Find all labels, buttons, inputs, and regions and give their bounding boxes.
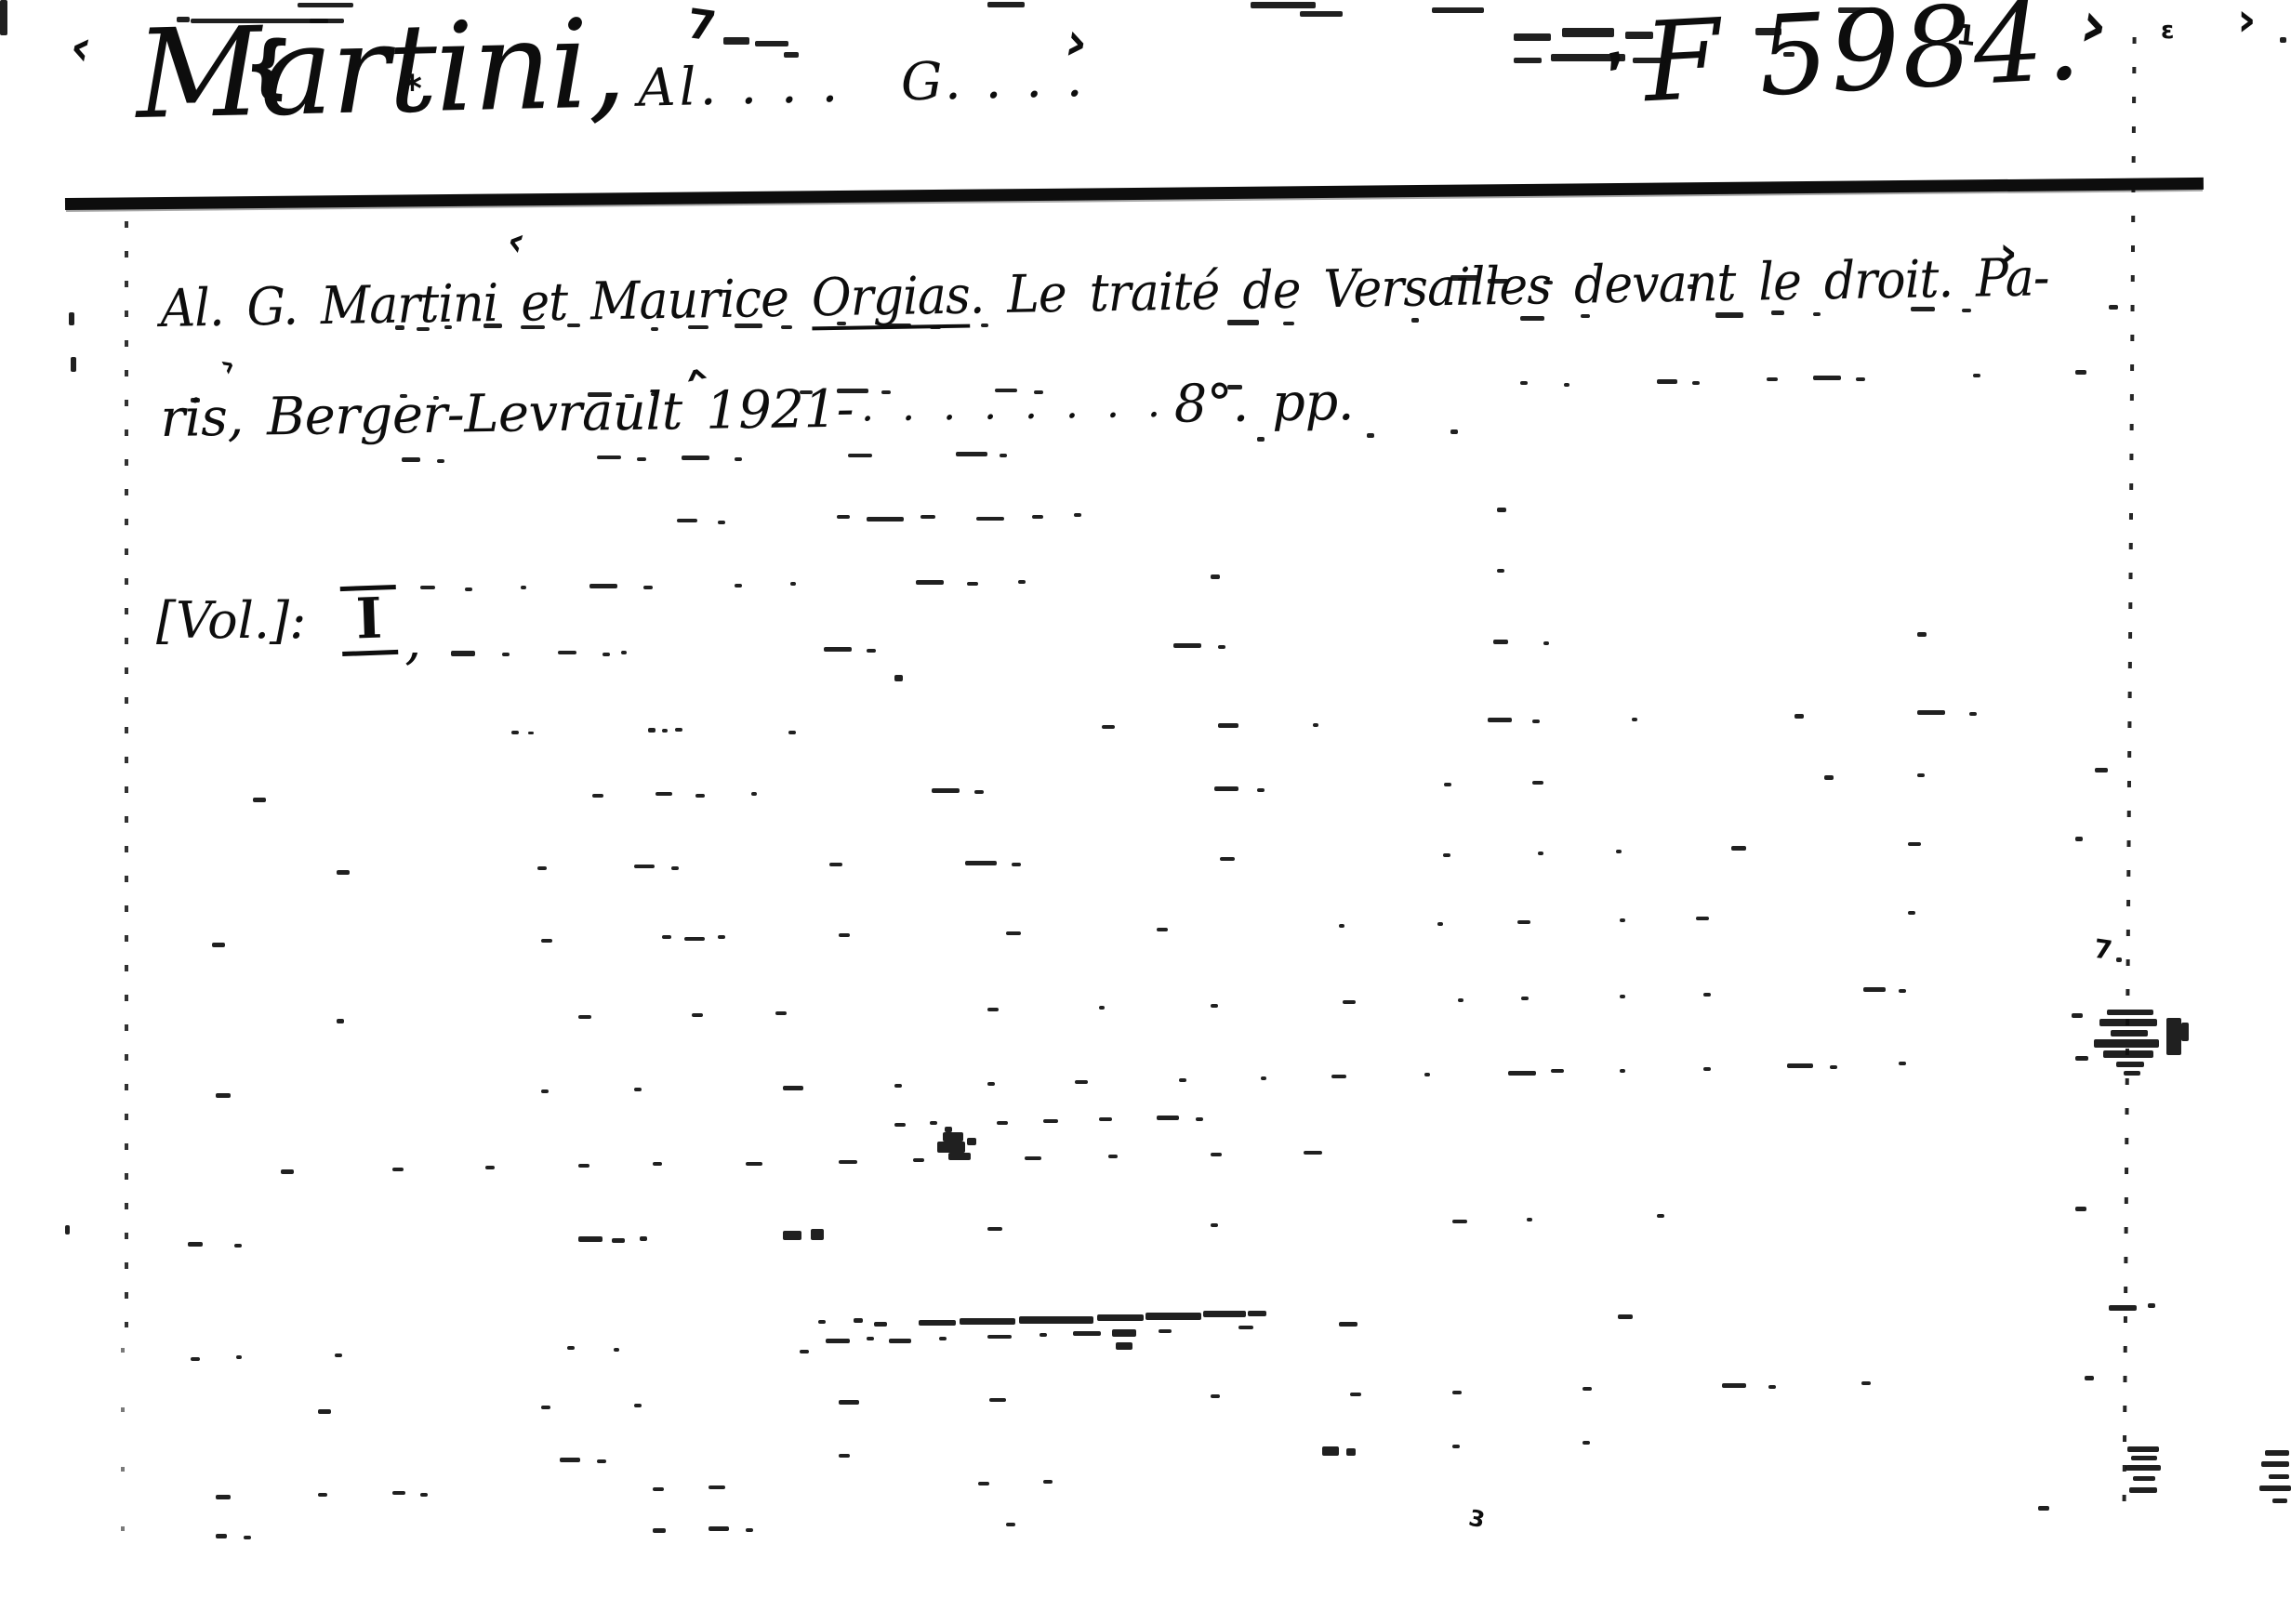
noise-speck bbox=[1437, 922, 1443, 926]
noise-speck bbox=[1346, 1448, 1356, 1456]
noise-speck bbox=[930, 1121, 937, 1125]
noise-speck bbox=[987, 1335, 1012, 1339]
noise-speck bbox=[1538, 852, 1543, 855]
noise-speck bbox=[2166, 1018, 2181, 1055]
entry-format-pages: 8°. pp. bbox=[1173, 372, 1354, 435]
noise-speck bbox=[1813, 312, 1821, 316]
noise-speck bbox=[1073, 1331, 1101, 1336]
noise-speck bbox=[989, 1398, 1006, 1402]
noise-speck bbox=[65, 1225, 70, 1235]
noise-speck bbox=[558, 651, 576, 654]
noise-speck bbox=[2075, 837, 2083, 841]
noise-speck bbox=[981, 323, 988, 327]
noise-speck bbox=[1012, 863, 1021, 866]
noise-speck bbox=[648, 728, 656, 733]
noise-speck bbox=[746, 1528, 753, 1532]
noise-speck bbox=[1908, 842, 1921, 846]
noise-speck bbox=[281, 1169, 294, 1174]
noise-speck bbox=[1108, 1155, 1118, 1158]
noise-speck bbox=[191, 398, 200, 403]
noise-speck bbox=[1211, 1004, 1218, 1008]
noise-speck bbox=[643, 586, 653, 589]
noise-speck bbox=[2111, 1030, 2148, 1036]
noise-speck bbox=[1908, 911, 1915, 915]
noise-speck bbox=[997, 1121, 1008, 1125]
noise-speck bbox=[395, 325, 404, 330]
noise-speck bbox=[1450, 429, 1458, 434]
noise-speck bbox=[2099, 1019, 2157, 1026]
noise-speck bbox=[485, 1166, 495, 1169]
noise-speck bbox=[578, 1236, 603, 1242]
noise-speck bbox=[651, 392, 658, 396]
noise-speck bbox=[1703, 1067, 1711, 1071]
noise-speck bbox=[1304, 1151, 1322, 1155]
noise-speck bbox=[688, 325, 708, 329]
noise-speck bbox=[1211, 1223, 1218, 1227]
noise-speck bbox=[837, 515, 850, 519]
noise-speck bbox=[1583, 1387, 1592, 1391]
noise-speck bbox=[976, 517, 1004, 521]
noise-speck bbox=[867, 517, 904, 522]
noise-speck bbox=[1218, 723, 1238, 728]
noise-speck bbox=[1261, 1076, 1266, 1080]
noise-speck bbox=[1432, 7, 1484, 13]
noise-speck bbox=[1102, 725, 1115, 729]
noise-speck bbox=[1543, 281, 1553, 284]
volume-comma: , bbox=[404, 611, 421, 671]
noise-speck bbox=[2265, 1450, 2289, 1456]
noise-speck bbox=[965, 861, 997, 865]
comma-tick-mark: ‚ bbox=[1596, 15, 1628, 73]
noise-speck bbox=[1543, 641, 1549, 645]
noise-speck bbox=[2133, 1476, 2155, 1481]
noise-speck bbox=[1551, 1069, 1564, 1073]
noise-speck bbox=[2085, 1376, 2094, 1380]
noise-speck bbox=[2272, 1499, 2287, 1503]
noise-speck bbox=[1899, 989, 1906, 993]
one-tick-mark: 1 bbox=[1954, 21, 1977, 51]
noise-speck bbox=[1450, 275, 1478, 281]
noise-speck bbox=[465, 588, 472, 591]
noise-speck bbox=[1322, 1446, 1339, 1456]
noise-speck bbox=[723, 37, 749, 45]
noise-speck bbox=[417, 327, 430, 331]
noise-speck bbox=[2095, 768, 2108, 772]
noise-speck bbox=[987, 2, 1025, 7]
noise-speck bbox=[788, 731, 796, 734]
noise-speck bbox=[1532, 781, 1543, 785]
noise-speck bbox=[511, 731, 519, 734]
noise-speck bbox=[1911, 307, 1935, 311]
noise-speck bbox=[837, 322, 846, 325]
noise-speck bbox=[444, 325, 452, 329]
noise-speck bbox=[937, 1142, 965, 1153]
noise-speck bbox=[848, 454, 872, 457]
noise-speck bbox=[651, 327, 658, 331]
noise-speck bbox=[708, 1526, 729, 1531]
seven-tick-mark: 7 bbox=[2092, 936, 2113, 964]
noise-speck bbox=[337, 1019, 344, 1023]
noise-speck bbox=[894, 675, 903, 681]
noise-speck bbox=[883, 323, 911, 327]
noise-speck bbox=[932, 788, 960, 793]
noise-speck bbox=[751, 792, 757, 796]
noise-speck bbox=[588, 392, 612, 397]
noise-speck bbox=[1688, 284, 1695, 289]
noise-speck bbox=[191, 1357, 200, 1361]
noise-speck bbox=[1443, 853, 1450, 857]
noise-speck bbox=[483, 323, 502, 328]
call-number: F 5984. bbox=[1641, 0, 2086, 126]
brace-scribble-mark: { bbox=[241, 30, 295, 101]
noise-speck bbox=[1962, 309, 1971, 312]
noise-speck bbox=[916, 580, 944, 585]
noise-speck bbox=[2280, 37, 2286, 43]
noise-speck bbox=[433, 396, 439, 400]
noise-speck bbox=[1099, 1117, 1112, 1121]
noise-speck bbox=[2072, 1013, 2083, 1018]
noise-speck bbox=[1218, 645, 1225, 649]
noise-speck bbox=[337, 870, 350, 875]
noise-speck bbox=[1458, 998, 1463, 1002]
noise-speck bbox=[1520, 381, 1528, 385]
noise-speck bbox=[1339, 1322, 1357, 1327]
noise-speck bbox=[614, 1348, 619, 1352]
noise-speck bbox=[1863, 987, 1886, 992]
noise-speck bbox=[1006, 1523, 1015, 1526]
noise-speck bbox=[1099, 1006, 1105, 1010]
noise-speck bbox=[1097, 1314, 1144, 1321]
noise-speck bbox=[1794, 714, 1804, 719]
noise-speck bbox=[1527, 1218, 1532, 1221]
noise-speck bbox=[578, 1164, 589, 1168]
library-catalog-card: Martini,Al. . . .G. . . . F 5984. Al. G.… bbox=[0, 0, 2291, 1624]
noise-speck bbox=[1452, 1220, 1467, 1223]
noise-speck bbox=[1203, 1311, 1246, 1317]
noise-speck bbox=[392, 1491, 405, 1495]
noise-speck bbox=[653, 1162, 662, 1166]
noise-speck bbox=[1179, 1078, 1186, 1082]
noise-speck bbox=[881, 390, 891, 394]
noise-speck bbox=[671, 866, 679, 870]
noise-speck bbox=[1824, 775, 1834, 780]
noise-speck bbox=[894, 1084, 902, 1088]
noise-speck bbox=[839, 933, 850, 937]
noise-speck bbox=[2127, 1446, 2159, 1452]
noise-speck bbox=[1696, 917, 1709, 920]
noise-speck bbox=[1532, 720, 1540, 723]
noise-speck bbox=[2181, 1023, 2189, 1041]
noise-speck bbox=[2075, 370, 2086, 375]
noise-speck bbox=[1581, 314, 1590, 318]
arrow-right-mark: › bbox=[1999, 231, 2018, 275]
noise-speck bbox=[537, 866, 547, 870]
noise-speck bbox=[920, 515, 935, 519]
noise-speck bbox=[188, 1242, 203, 1247]
noise-speck bbox=[1116, 1342, 1132, 1350]
noise-speck bbox=[1856, 377, 1865, 381]
noise-speck bbox=[967, 1138, 976, 1145]
noise-speck bbox=[1657, 379, 1677, 384]
noise-speck bbox=[1969, 712, 1977, 716]
noise-speck bbox=[1731, 846, 1746, 851]
noise-speck bbox=[318, 1409, 331, 1414]
noise-speck bbox=[978, 1482, 989, 1485]
noise-speck bbox=[1514, 58, 1542, 63]
noise-speck bbox=[811, 1229, 824, 1240]
noise-speck bbox=[2109, 305, 2118, 310]
noise-speck bbox=[839, 1454, 850, 1458]
noise-speck bbox=[854, 1318, 863, 1323]
noise-speck bbox=[1112, 1329, 1136, 1337]
noise-speck bbox=[1497, 508, 1506, 512]
noise-speck bbox=[1444, 783, 1451, 786]
noise-speck bbox=[541, 939, 552, 943]
noise-speck bbox=[1917, 710, 1945, 715]
entry-line-authors-title: Al. G. Martini et Maurice Orgias. Le tra… bbox=[160, 247, 2049, 339]
noise-speck bbox=[216, 1534, 227, 1538]
noise-speck bbox=[392, 1168, 404, 1171]
noise-speck bbox=[1006, 931, 1021, 935]
entry-imprint: ris, Berger-Levrault 1921- bbox=[160, 379, 854, 449]
noise-speck bbox=[1196, 1117, 1203, 1121]
noise-speck bbox=[783, 1086, 803, 1090]
noise-speck bbox=[2124, 1071, 2140, 1076]
noise-speck bbox=[298, 3, 353, 7]
noise-speck bbox=[1830, 1065, 1837, 1069]
noise-speck bbox=[1715, 312, 1743, 318]
noise-speck bbox=[1248, 1311, 1266, 1316]
noise-speck bbox=[1771, 310, 1784, 315]
noise-speck bbox=[1722, 1383, 1746, 1388]
noise-speck bbox=[695, 794, 705, 798]
noise-speck bbox=[2075, 1056, 2088, 1061]
noise-speck bbox=[784, 52, 799, 58]
noise-speck bbox=[735, 457, 742, 461]
entry-authors: Al. G. Martini et Maurice bbox=[160, 268, 812, 339]
noise-speck bbox=[960, 1318, 1015, 1325]
noise-speck bbox=[867, 649, 876, 653]
noise-speck bbox=[1633, 58, 1666, 63]
noise-speck bbox=[1238, 1326, 1253, 1329]
noise-speck bbox=[420, 1493, 428, 1497]
noise-speck bbox=[800, 1350, 809, 1353]
noise-speck bbox=[310, 19, 328, 23]
noise-speck bbox=[640, 1236, 647, 1241]
noise-speck bbox=[718, 935, 725, 939]
noise-speck bbox=[2103, 1050, 2153, 1058]
noise-speck bbox=[1861, 1381, 1871, 1385]
noise-speck bbox=[1838, 7, 1875, 13]
noise-speck bbox=[1564, 383, 1569, 387]
noise-speck bbox=[1618, 1314, 1633, 1319]
dot-leader: . . . . . . . . bbox=[854, 379, 1174, 431]
noise-speck bbox=[1497, 569, 1504, 573]
noise-speck bbox=[1551, 54, 1625, 61]
noise-speck bbox=[1019, 1316, 1093, 1324]
noise-speck bbox=[675, 728, 682, 732]
noise-speck bbox=[1813, 376, 1841, 380]
volume-numeral: I bbox=[340, 585, 399, 656]
noise-speck bbox=[521, 325, 545, 329]
heading-forename-abbrev: Al. . . . bbox=[637, 54, 841, 119]
noise-speck bbox=[824, 647, 852, 652]
noise-speck bbox=[913, 1158, 924, 1162]
noise-speck bbox=[1488, 718, 1512, 722]
noise-speck bbox=[1783, 52, 1794, 57]
noise-speck bbox=[2109, 1305, 2137, 1311]
noise-speck bbox=[2269, 1474, 2289, 1479]
noise-speck bbox=[1767, 377, 1778, 381]
noise-speck bbox=[867, 1337, 874, 1340]
noise-speck bbox=[735, 584, 742, 588]
noise-speck bbox=[718, 521, 725, 524]
noise-speck bbox=[625, 394, 634, 398]
noise-speck bbox=[1514, 33, 1551, 41]
noise-speck bbox=[1625, 32, 1653, 39]
right-dotted-border bbox=[2122, 37, 2136, 1525]
noise-speck bbox=[2131, 1456, 2157, 1460]
entry-line-imprint: ris, Berger-Levrault 1921-. . . . . . . … bbox=[160, 372, 1354, 449]
noise-speck bbox=[541, 1089, 549, 1093]
noise-speck bbox=[1520, 316, 1544, 321]
noise-speck bbox=[974, 790, 984, 794]
noise-speck bbox=[894, 1123, 906, 1127]
entry-title: . Le traité de Versailles devant le droi… bbox=[969, 247, 2049, 325]
noise-speck bbox=[2116, 1062, 2144, 1067]
noise-speck bbox=[1043, 1480, 1053, 1484]
noise-speck bbox=[567, 323, 580, 327]
noise-speck bbox=[662, 729, 668, 733]
noise-speck bbox=[1917, 773, 1925, 777]
noise-speck bbox=[2129, 1487, 2157, 1493]
chevron-left-mark: ‹ bbox=[66, 20, 97, 73]
noise-speck bbox=[236, 1355, 242, 1359]
noise-speck bbox=[1227, 385, 1242, 389]
noise-speck bbox=[684, 937, 705, 941]
noise-speck bbox=[1521, 997, 1529, 1000]
noise-speck bbox=[1074, 513, 1081, 517]
noise-speck bbox=[2125, 1465, 2161, 1471]
noise-speck bbox=[1145, 1313, 1201, 1320]
noise-speck bbox=[244, 1536, 251, 1539]
volume-label: [Vol.]: bbox=[156, 591, 306, 650]
noise-speck bbox=[943, 1132, 963, 1142]
noise-speck bbox=[1257, 788, 1265, 792]
noise-speck bbox=[800, 390, 813, 394]
noise-speck bbox=[1251, 2, 1316, 8]
noise-speck bbox=[1331, 1075, 1346, 1078]
noise-speck bbox=[948, 1153, 971, 1160]
noise-speck bbox=[677, 519, 697, 522]
noise-speck bbox=[2116, 957, 2122, 962]
noise-speck bbox=[578, 1015, 591, 1019]
noise-speck bbox=[735, 323, 762, 328]
noise-speck bbox=[335, 1353, 342, 1357]
noise-speck bbox=[1493, 640, 1508, 644]
noise-speck bbox=[621, 651, 627, 654]
noise-speck bbox=[945, 1127, 952, 1132]
noise-speck bbox=[1025, 1156, 1041, 1160]
noise-speck bbox=[1211, 1394, 1220, 1398]
noise-speck bbox=[1339, 924, 1344, 928]
noise-speck bbox=[1787, 1063, 1813, 1068]
noise-speck bbox=[528, 732, 534, 734]
noise-speck bbox=[708, 1485, 725, 1489]
noise-speck bbox=[253, 798, 266, 802]
noise-speck bbox=[1283, 322, 1294, 325]
noise-speck bbox=[1411, 318, 1419, 323]
noise-speck bbox=[790, 582, 796, 586]
noise-speck bbox=[2094, 1039, 2159, 1048]
noise-speck bbox=[597, 456, 621, 459]
heading-initial: G. . . . bbox=[900, 48, 1087, 113]
noise-speck bbox=[653, 1528, 666, 1533]
noise-speck bbox=[874, 1322, 887, 1327]
noise-speck bbox=[1157, 928, 1168, 931]
noise-speck bbox=[1562, 28, 1614, 37]
noise-speck bbox=[956, 452, 987, 456]
volume-line: [Vol.]:I, bbox=[156, 586, 421, 671]
noise-speck bbox=[1899, 1062, 1906, 1065]
noise-speck bbox=[1018, 580, 1026, 584]
left-dotted-border-lower bbox=[121, 1348, 125, 1543]
noise-speck bbox=[839, 1160, 857, 1164]
noise-speck bbox=[1211, 574, 1220, 579]
noise-speck bbox=[1214, 786, 1238, 791]
noise-speck bbox=[1367, 433, 1374, 438]
noise-speck bbox=[1220, 857, 1235, 861]
noise-speck bbox=[1043, 1119, 1058, 1123]
noise-speck bbox=[1583, 1441, 1590, 1445]
noise-speck bbox=[837, 389, 868, 393]
noise-speck bbox=[216, 1093, 231, 1098]
noise-speck bbox=[987, 1227, 1002, 1231]
noise-speck bbox=[1973, 374, 1980, 377]
noise-speck bbox=[521, 586, 526, 589]
noise-speck bbox=[1040, 1333, 1047, 1337]
noise-speck bbox=[1350, 1393, 1361, 1396]
noise-speck bbox=[1616, 850, 1622, 853]
noise-speck bbox=[1620, 1069, 1625, 1073]
noise-speck bbox=[1452, 1445, 1460, 1448]
noise-speck bbox=[1313, 723, 1318, 727]
entry-coauthor-underlined: Orgias bbox=[811, 266, 970, 329]
noise-speck bbox=[656, 792, 672, 796]
noise-speck bbox=[1620, 995, 1625, 998]
noise-speck bbox=[1211, 1153, 1222, 1156]
noise-speck bbox=[2148, 1303, 2155, 1308]
noise-speck bbox=[612, 1238, 625, 1243]
noise-speck bbox=[1157, 1116, 1179, 1120]
noise-speck bbox=[2261, 1461, 2289, 1467]
noise-speck bbox=[692, 1013, 703, 1017]
noise-speck bbox=[775, 1011, 787, 1015]
noise-speck bbox=[402, 457, 420, 462]
noise-speck bbox=[1173, 643, 1201, 648]
noise-speck bbox=[1424, 1073, 1430, 1076]
chevron-accent-mark: › bbox=[215, 349, 241, 383]
noise-speck bbox=[755, 41, 788, 46]
noise-speck bbox=[560, 1458, 580, 1462]
noise-speck bbox=[781, 325, 792, 329]
epsilon-mark: ε bbox=[2161, 19, 2174, 43]
noise-speck bbox=[1692, 381, 1700, 385]
noise-speck bbox=[746, 1162, 762, 1166]
noise-speck bbox=[662, 935, 671, 939]
squiggle-mark: 3 bbox=[1467, 1507, 1487, 1532]
noise-speck bbox=[318, 1493, 327, 1497]
